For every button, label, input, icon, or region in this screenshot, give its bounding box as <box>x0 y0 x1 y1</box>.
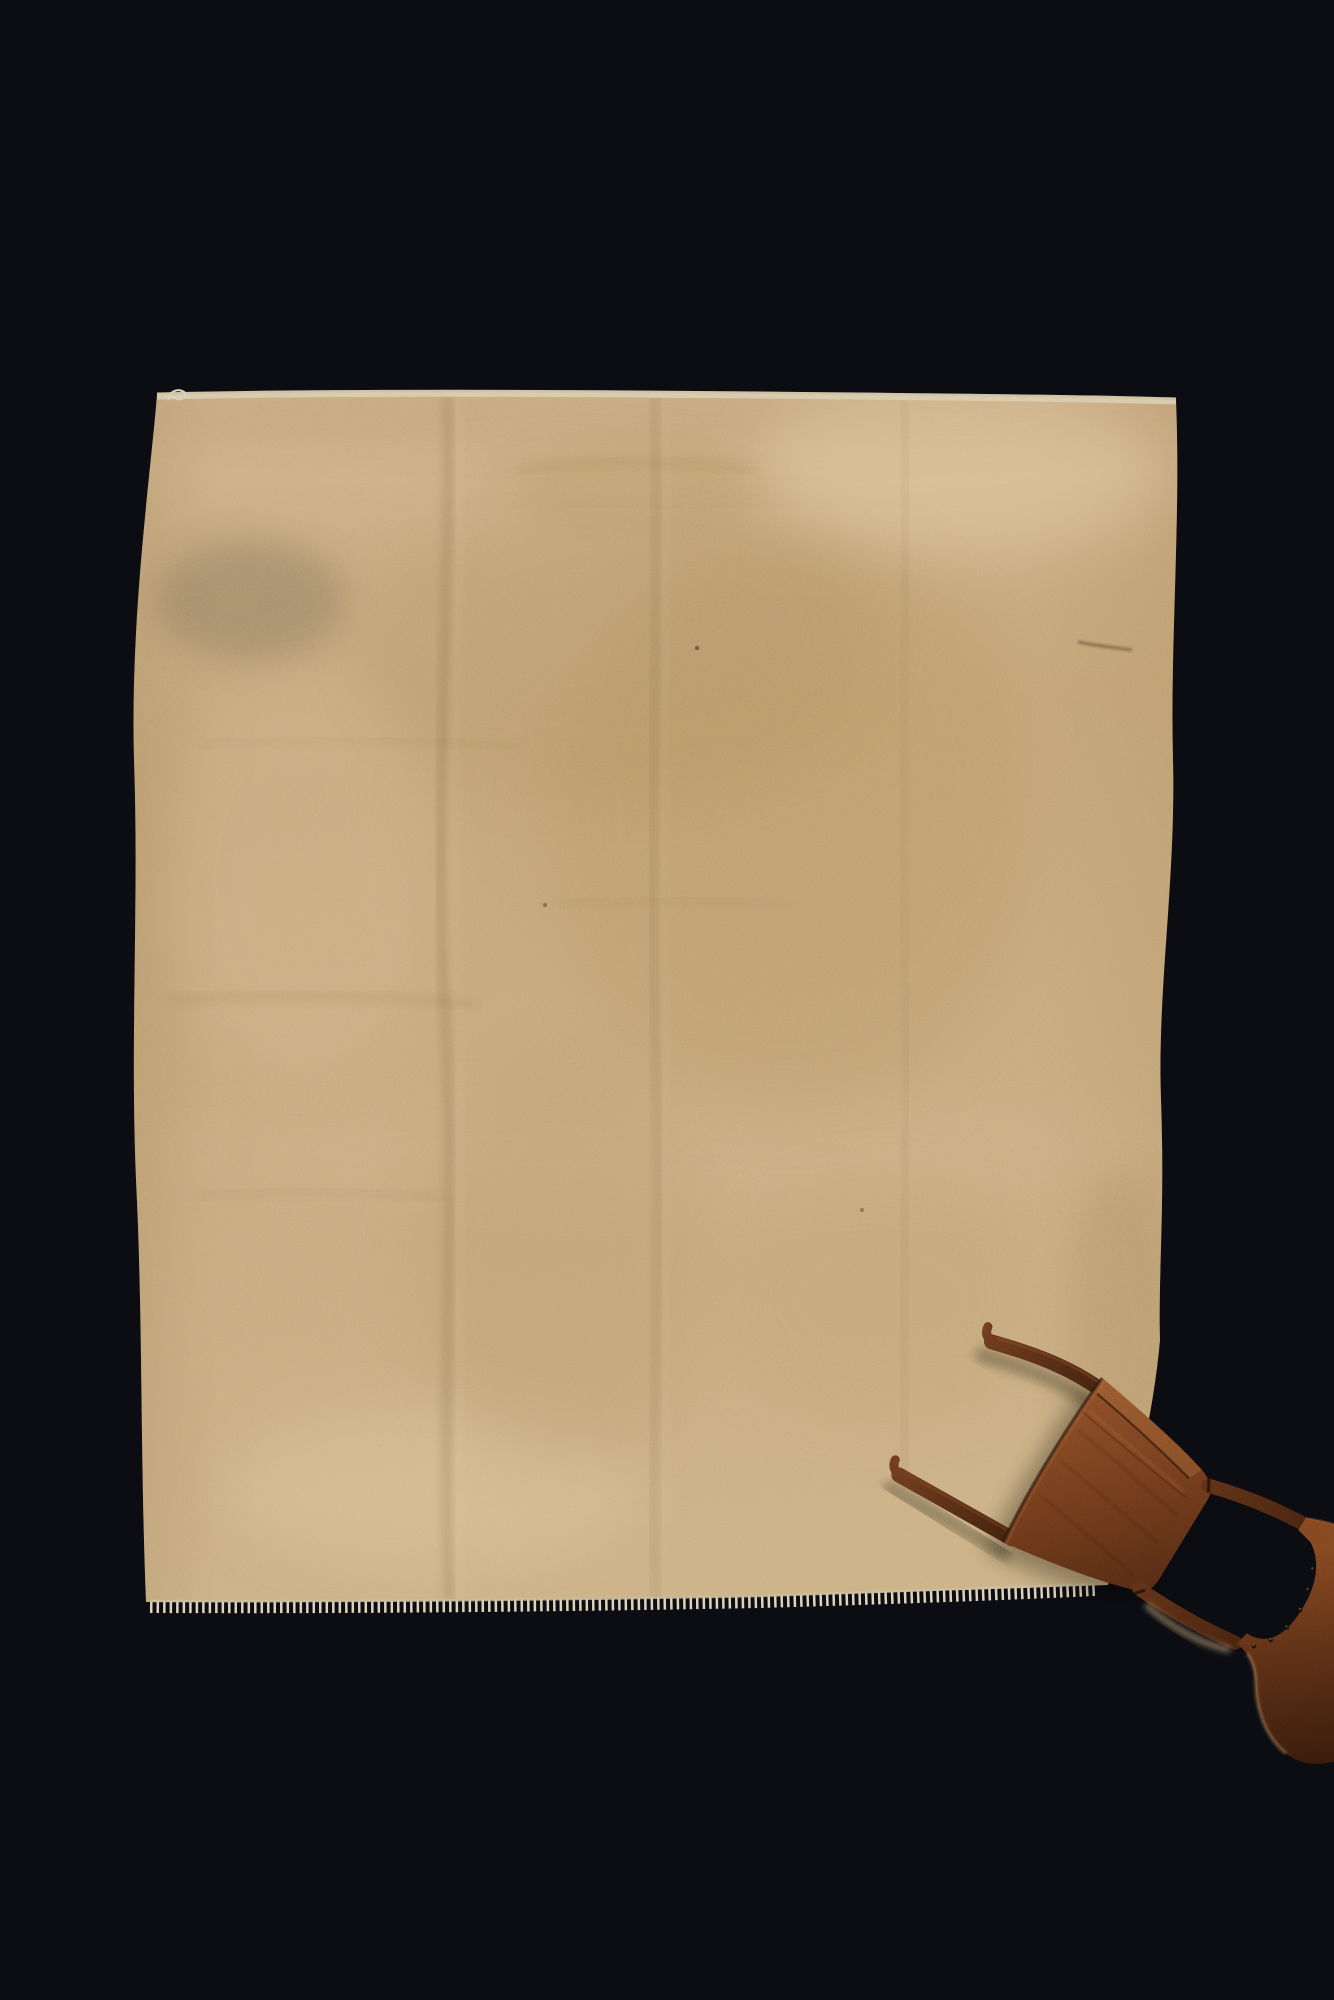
photo-canvas <box>0 0 1334 2000</box>
photo-svg <box>0 0 1334 2000</box>
film-grain-speckle <box>0 0 1334 2000</box>
